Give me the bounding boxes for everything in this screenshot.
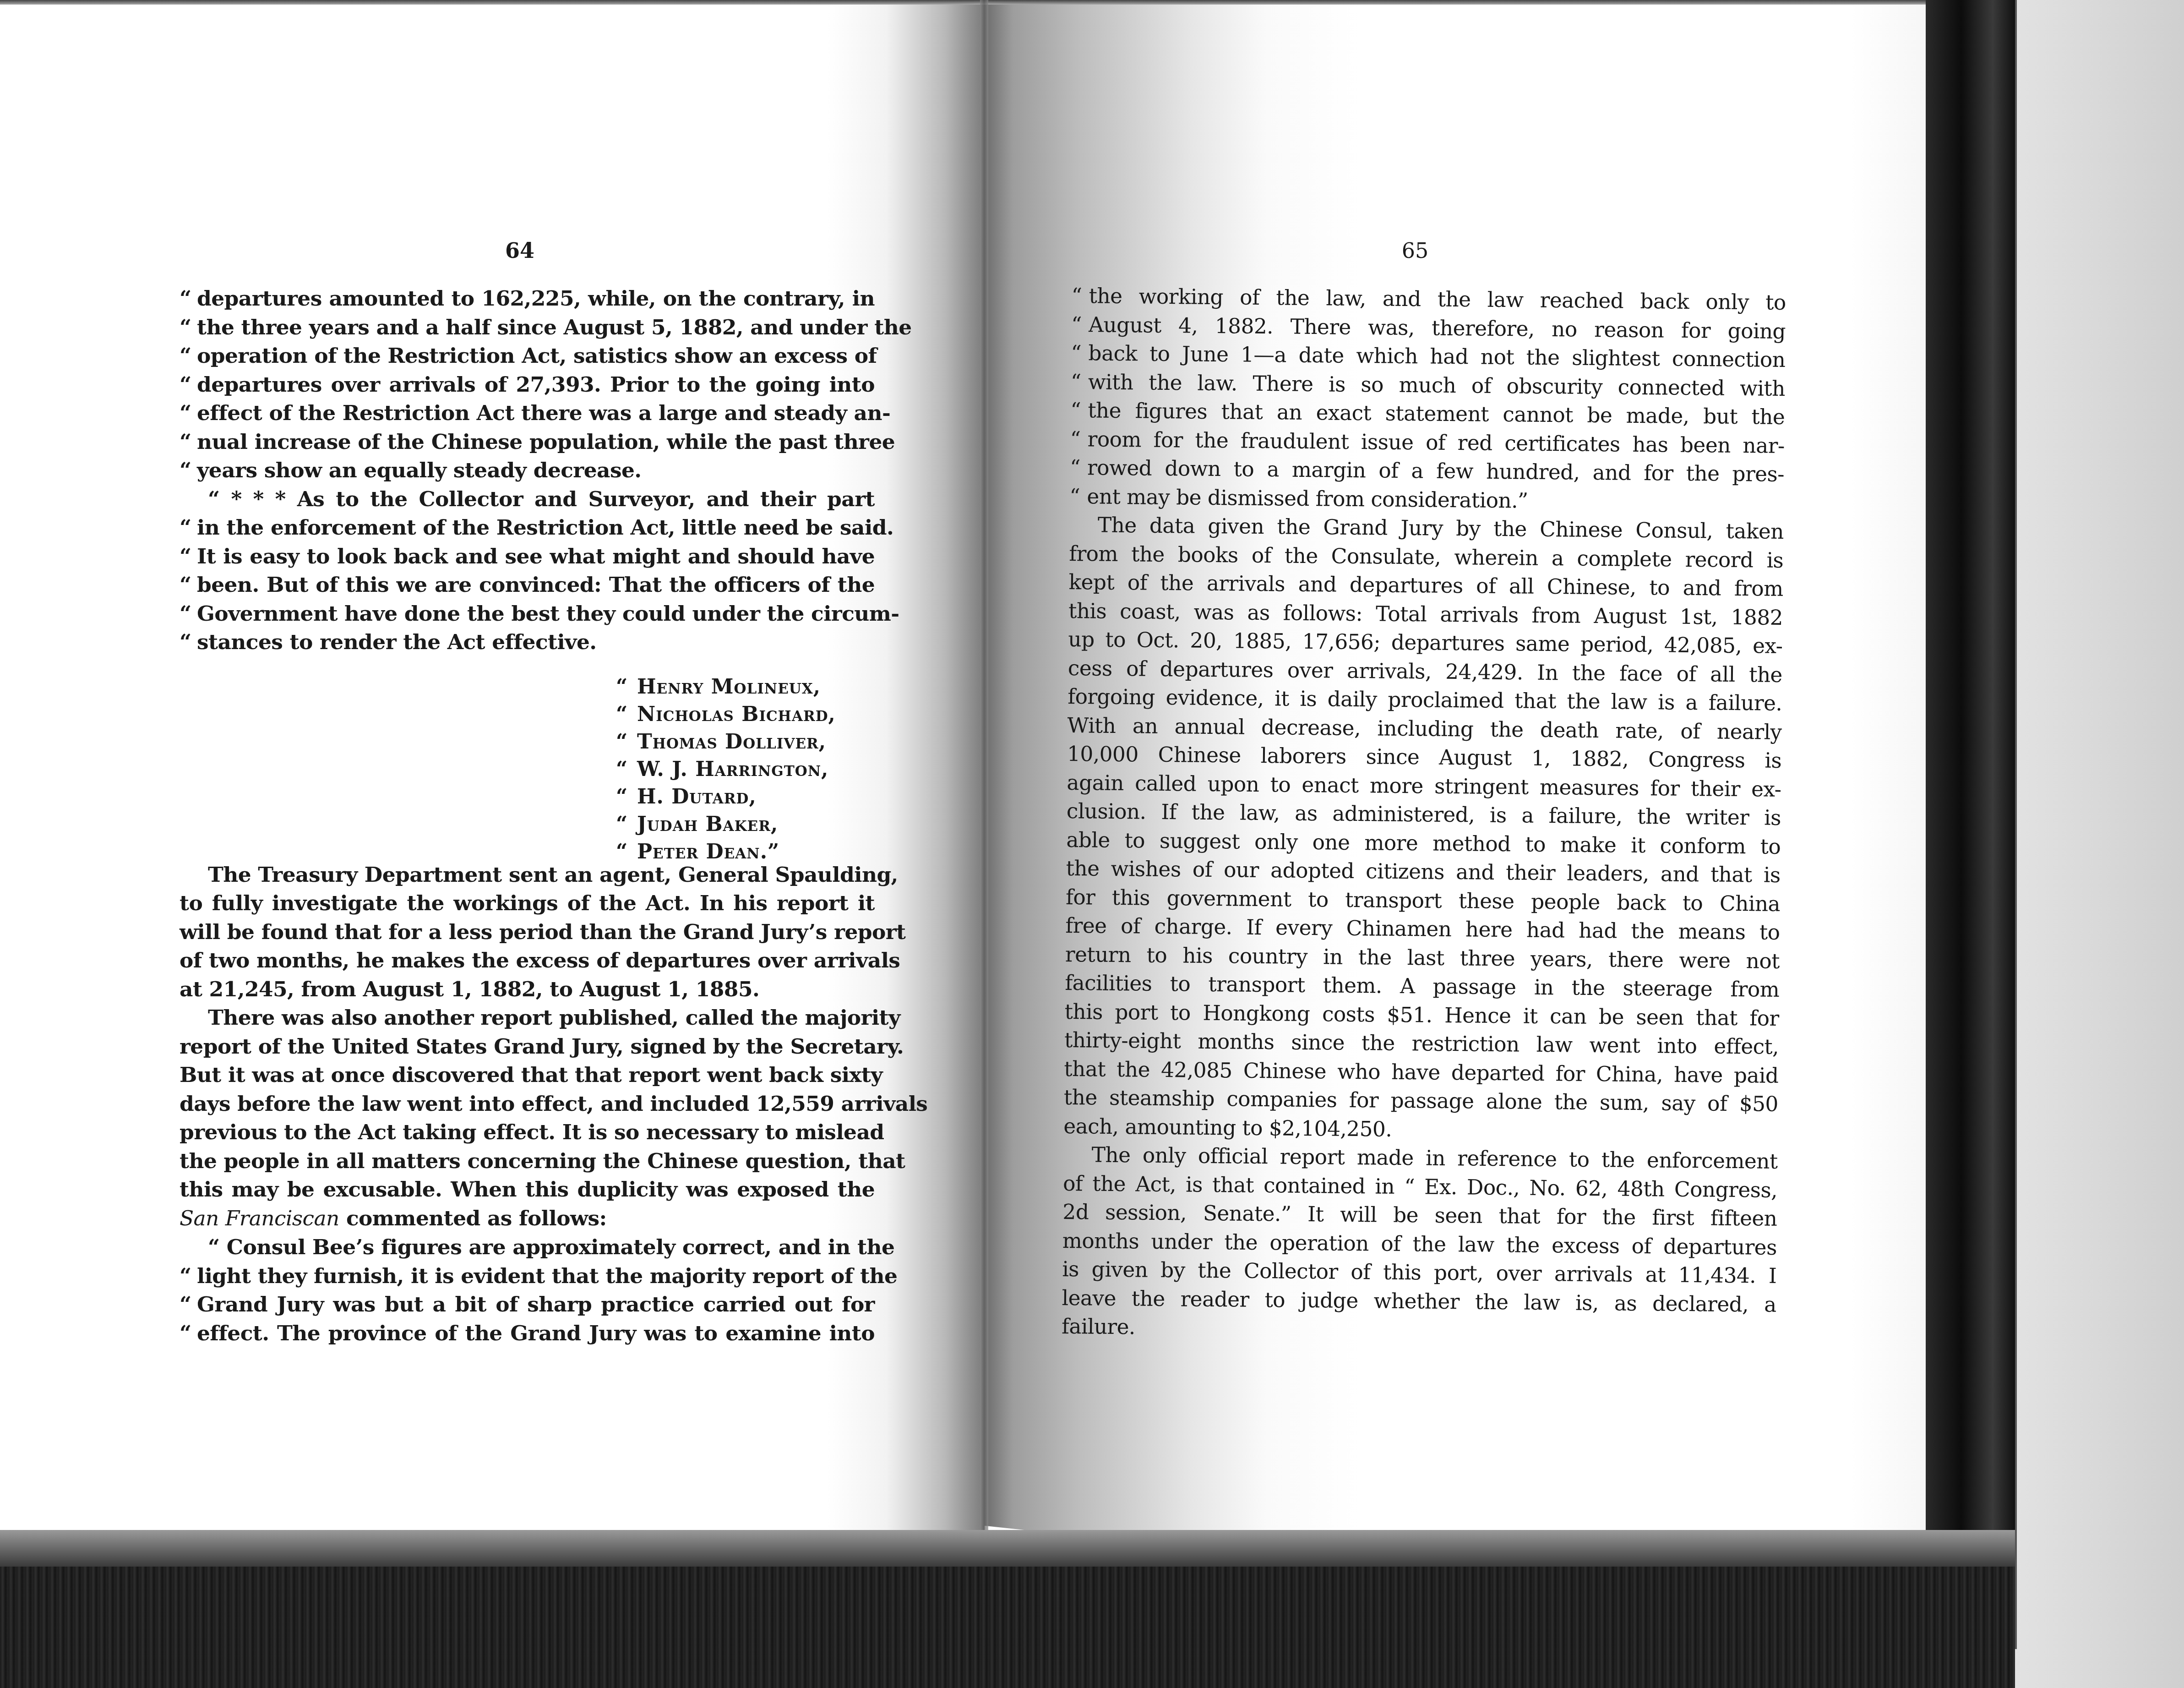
scanner-backdrop — [2015, 0, 2184, 1688]
text-line: “been. But of this we are convinced: Tha… — [198, 570, 875, 599]
quote-consul-bee: “ Consul Bee’s figures are approximately… — [180, 1233, 875, 1347]
text-line: “effect of the Restriction Act there was… — [198, 399, 875, 427]
signatory: “Thomas Dolliver, — [616, 728, 836, 756]
text-line: But it was at once discovered that that … — [180, 1060, 875, 1089]
text-line: “operation of the Restriction Act, satis… — [198, 341, 875, 370]
book-bottom-edge-shadow — [0, 1530, 2015, 1688]
text-line: “nual increase of the Chinese population… — [198, 427, 875, 456]
text-line: “years show an equally steady decrease. — [198, 456, 875, 485]
text-line: “effect. The province of the Grand Jury … — [198, 1319, 875, 1348]
text-line: San Franciscan commented as follows: — [180, 1204, 875, 1233]
signatory: “Henry Molineux, — [616, 673, 836, 701]
text-line: “Grand Jury was but a bit of sharp pract… — [198, 1290, 875, 1319]
quote-continuation-block: “the working of the law, and the law rea… — [1069, 282, 1786, 518]
signatory: “Peter Dean.” — [616, 838, 836, 866]
text-line: of two months, he makes the excess of de… — [180, 946, 875, 975]
paragraph-consul-data: The data given the Grand Jury by the Chi… — [1063, 511, 1784, 1147]
text-line: “It is easy to look back and see what mi… — [198, 542, 875, 571]
text-line: “departures amounted to 162,225, while, … — [198, 284, 875, 313]
page-number-left: 64 — [474, 238, 566, 263]
paragraph-official-report: The only official report made in referen… — [1062, 1141, 1778, 1348]
text-line: “light they furnish, it is evident that … — [198, 1262, 875, 1290]
text-line: “in the enforcement of the Restriction A… — [198, 513, 875, 542]
quote-continuation-block: “departures amounted to 162,225, while, … — [180, 284, 875, 656]
right-page-text: “the working of the law, and the law rea… — [1062, 282, 1786, 1348]
text-line: at 21,245, from August 1, 1882, to Augus… — [180, 975, 875, 1004]
signatory: “Judah Baker, — [616, 811, 836, 838]
text-line: report of the United States Grand Jury, … — [180, 1032, 875, 1061]
signatory: “Nicholas Bichard, — [616, 701, 836, 728]
signatory: “W. J. Harrington, — [616, 756, 836, 783]
text-line: the people in all matters concerning the… — [180, 1147, 875, 1175]
book-cover-right-edge — [1926, 0, 2017, 1649]
text-line: days before the law went into effect, an… — [180, 1089, 875, 1118]
paragraph-treasury: The Treasury Department sent an agent, G… — [180, 860, 875, 1004]
signatory: “H. Dutard, — [616, 783, 836, 811]
signatories-list: “Henry Molineux, “Nicholas Bichard, “Tho… — [616, 673, 836, 866]
text-line: to fully investigate the workings of the… — [180, 889, 875, 918]
text-line: this may be excusable. When this duplici… — [180, 1175, 875, 1204]
text-line: “departures over arrivals of 27,393. Pri… — [198, 370, 875, 399]
book-spine-gutter — [980, 0, 988, 1688]
text-line: “Government have done the best they coul… — [198, 599, 875, 628]
text-line: “stances to render the Act effective. — [198, 628, 875, 656]
text-line: “the three years and a half since August… — [198, 313, 875, 342]
paragraph-majority-report: There was also another report published,… — [180, 1003, 875, 1233]
text-line: “ Consul Bee’s figures are approximately… — [198, 1233, 875, 1262]
text-line: previous to the Act taking effect. It is… — [180, 1118, 875, 1147]
publication-title: San Franciscan — [180, 1206, 339, 1230]
text-line: “ * * * As to the Collector and Surveyor… — [198, 485, 875, 514]
page-number-right: 65 — [1369, 238, 1461, 263]
text-line: There was also another report published,… — [180, 1003, 875, 1032]
text-line: will be found that for a less period tha… — [180, 918, 875, 946]
